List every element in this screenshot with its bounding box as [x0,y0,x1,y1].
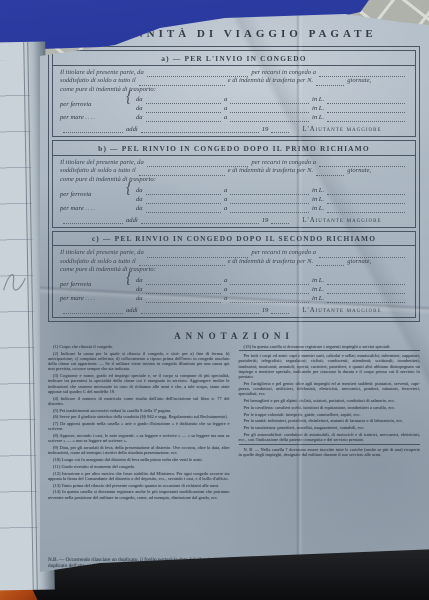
intro-text: come pure di indennità di trasporto: [60,176,156,185]
annotation-15-heading: (15) In questa casella si dovranno regis… [239,344,421,351]
date-signature-line: addì19L'Aiutante maggiore [53,303,415,314]
lire-label: in L. [312,195,324,204]
blank-field [316,168,344,176]
intro-text: per recarsi in congedo a [251,159,316,168]
annotation-item: (1) Corpo che rilascia il congedo. [48,344,230,349]
blank-field [139,168,225,176]
blank-field [63,216,123,224]
annotation-item: (8) Apporre, secondo i casi, le note seg… [48,433,230,444]
year-label: 19 [262,217,269,224]
blank-field [146,205,221,213]
intro-text: come pure di indennità di trasporto: [60,86,156,95]
lire-label: in L. [312,285,324,294]
blank-field [230,196,309,204]
to-label: a [224,186,227,195]
blank-field [139,258,225,266]
section-primo-richiamo: b) — PEL RINVIO IN CONGEDO DOPO IL PRIMO… [52,140,416,227]
intro-text: Il titolare del presente parte, da [60,69,144,78]
blank-field [327,295,405,303]
annotation-item: (2) Indicare la causa per la quale si ri… [48,351,230,372]
from-label: da [136,95,143,104]
travel-allowance-box: a) — PER L'INVIO IN CONGEDO Il titolare … [48,46,420,322]
annotation-item: Per la sanità: infermieri, portaferiti, … [239,418,421,423]
intro-text: Il titolare del presente parte, da [60,159,144,168]
blank-field [230,187,309,195]
blank-field [327,286,405,294]
section-invio-in-congedo: a) — PER L'INVIO IN CONGEDO Il titolare … [52,50,416,137]
blank-field [230,114,309,122]
annotation-item: Per gli automobilisti: conduttori di aut… [239,432,421,443]
annotation-item: Per le truppe coloniali: interpreti, gui… [239,412,421,417]
blank-field [230,96,309,104]
brace-glyph: { [126,93,132,103]
section-a-heading: a) — PER L'INVIO IN CONGEDO [53,51,415,66]
annotation-item: (14) In questa casella si dovranno regis… [48,489,230,500]
from-label: da [136,204,143,213]
blank-field [230,105,309,113]
annotation-item: (11) Grado rivestito al momento del cong… [48,464,230,469]
blank-field [146,114,221,122]
blank-field [146,295,221,303]
to-label: a [224,95,227,104]
intro-text: e di indennità di trasferta per N. [228,167,314,176]
handwriting-mark [0,252,36,313]
to-label: a [224,294,227,303]
rail-label: per ferrovia [60,190,91,199]
blank-field [146,277,221,285]
blank-field [139,78,225,86]
to-label: a [224,276,227,285]
to-label: a [224,104,227,113]
blank-field [316,258,344,266]
blank-field [146,196,221,204]
intro-text: giornate, [347,258,371,267]
annotations-columns: (1) Corpo che rilascia il congedo. (2) I… [48,344,420,553]
from-label: da [136,104,143,113]
lire-label: in L. [312,276,324,285]
intro-text: giornate, [347,77,371,86]
blank-field [147,250,249,258]
blank-field [230,286,309,294]
intro-text: come pure di indennità di trasporto: [60,266,156,275]
lire-label: in L. [312,104,324,113]
intro-text: soddisfatto di soldo a tutto il [60,258,136,267]
section-b-heading: b) — PEL RINVIO IN CONGEDO DOPO IL PRIMO… [53,141,415,156]
intro-text: giornate, [347,167,371,176]
lire-label: in L. [312,95,324,104]
year-label: 19 [262,307,269,314]
transport-rows: per ferrovia{ da a in L. da a in L. per … [53,94,415,122]
blank-field [146,187,221,195]
blank-field [327,105,405,113]
annotations-title: ANNOTAZIONI [48,331,420,341]
sea-label: per mare [60,113,84,122]
annotation-item: (3) Cognome e nome, grado ed impiego spe… [48,373,230,394]
brace-glyph: { [126,273,132,283]
annotation-item: (6) Serve per il giudizio sintetico dell… [48,414,230,419]
blank-field [319,159,405,167]
date-signature-line: addì19L'Aiutante maggiore [53,122,415,133]
blank-field [146,105,221,113]
from-label: da [136,113,143,122]
blank-field [327,277,405,285]
sea-label: per mare [60,294,84,303]
brace-glyph: { [126,183,132,193]
lire-label: in L. [312,113,324,122]
section-secondo-richiamo: c) — PEL RINVIO IN CONGEDO DOPO IL SECON… [52,231,416,318]
annotations-left-column: (1) Corpo che rilascia il congedo. (2) I… [48,344,230,553]
to-label: a [224,204,227,213]
intro-text: Il titolare del presente parte, da [60,249,144,258]
document-page: INDENNITÀ DI VIAGGIO PAGATE a) — PER L'I… [34,8,429,580]
blank-field [147,69,249,77]
blank-field [271,125,289,133]
addi-label: addì [126,307,138,314]
date-signature-line: addì19L'Aiutante maggiore [53,213,415,224]
intro-text: soddisfatto di soldo a tutto il [60,77,136,86]
intro-text: e di indennità di trasferta per N. [228,258,314,267]
intro-text: e di indennità di trasferta per N. [228,77,314,86]
annotation-item: Per la sussistenza: panettieri, macellai… [239,425,421,430]
to-label: a [224,195,227,204]
blank-field [141,216,259,224]
from-label: da [136,195,143,204]
blank-field [141,125,259,133]
signature-role: L'Aiutante maggiore [302,307,381,314]
blank-field [146,286,221,294]
blank-field [63,306,123,314]
section-c-heading: c) — PEL RINVIO IN CONGEDO DOPO IL SECON… [53,232,415,247]
annotation-item: (10) Luogo cui fu assegnato dal distrett… [48,457,230,462]
blank-field [319,69,405,77]
transport-rows: per ferrovia{ da a in L. da a in L. per … [53,275,415,303]
blank-field [316,78,344,86]
intro-text: per recarsi in congedo a [251,249,316,258]
from-label: da [136,276,143,285]
photo-scene: INDENNITÀ DI VIAGGIO PAGATE a) — PER L'I… [0,0,429,600]
signature-role: L'Aiutante maggiore [302,217,381,224]
lire-label: in L. [312,294,324,303]
page-content: INDENNITÀ DI VIAGGIO PAGATE a) — PER L'I… [48,26,420,570]
annotation-item: Pei bersaglieri e per gli alpini: ciclis… [239,398,421,403]
blank-field [146,96,221,104]
annotation-item: (12) Istruzione o per altro motivo che f… [48,471,230,482]
blank-field [327,205,405,213]
sea-label: per mare [60,204,84,213]
annotation-item: (9) Data, per gli arruolati di leva, del… [48,445,230,456]
year-label: 19 [262,126,269,133]
blank-field [327,96,405,104]
lire-label: in L. [312,186,324,195]
annotations-right-column: (15) In questa casella si dovranno regis… [239,344,421,553]
addi-label: addì [126,126,138,133]
intro-text: per recarsi in congedo a [251,69,316,78]
addi-label: addì [126,217,138,224]
annotation-item: (4) Indicare il numero di matricola come… [48,396,230,407]
annotation-item: Per la cavalleria: cavalieri scelti, ist… [239,405,421,410]
annotation-nb: N. B. — Nella casella 7 dovranno essere … [239,444,421,457]
from-label: da [136,285,143,294]
lire-label: in L. [312,204,324,213]
dotted-leader: .... [85,294,96,303]
blank-field [271,216,289,224]
annotation-item: Per tutti i corpi ed armi: capi e maestr… [239,353,421,379]
from-label: da [136,294,143,303]
from-label: da [136,186,143,195]
dotted-leader: .... [85,113,96,122]
to-label: a [224,285,227,294]
to-label: a [224,113,227,122]
annotation-item: Per l'artiglieria e pel genio: oltre agl… [239,381,421,397]
blank-field [327,187,405,195]
dotted-leader: .... [85,204,96,213]
blank-field [63,125,123,133]
intro-text: soddisfatto di soldo a tutto il [60,167,136,176]
transport-rows: per ferrovia{ da a in L. da a in L. per … [53,185,415,213]
blank-field [327,196,405,204]
rail-label: per ferrovia [60,280,91,289]
signature-role: L'Aiutante maggiore [302,126,381,133]
rail-label: per ferrovia [60,100,91,109]
blank-field [230,295,309,303]
annotation-item: (7) Da apporsi quando nella casella « ar… [48,421,230,432]
blank-field [147,159,249,167]
blank-field [327,114,405,122]
blank-field [141,306,259,314]
blank-field [319,250,405,258]
blank-field [271,306,289,314]
blank-field [230,277,309,285]
annotation-item: (5) Pei trasferimenti successivi vedasi … [48,408,230,413]
blank-field [230,205,309,213]
annotation-item: (13) Tanto prima del rilascio del presen… [48,483,230,488]
